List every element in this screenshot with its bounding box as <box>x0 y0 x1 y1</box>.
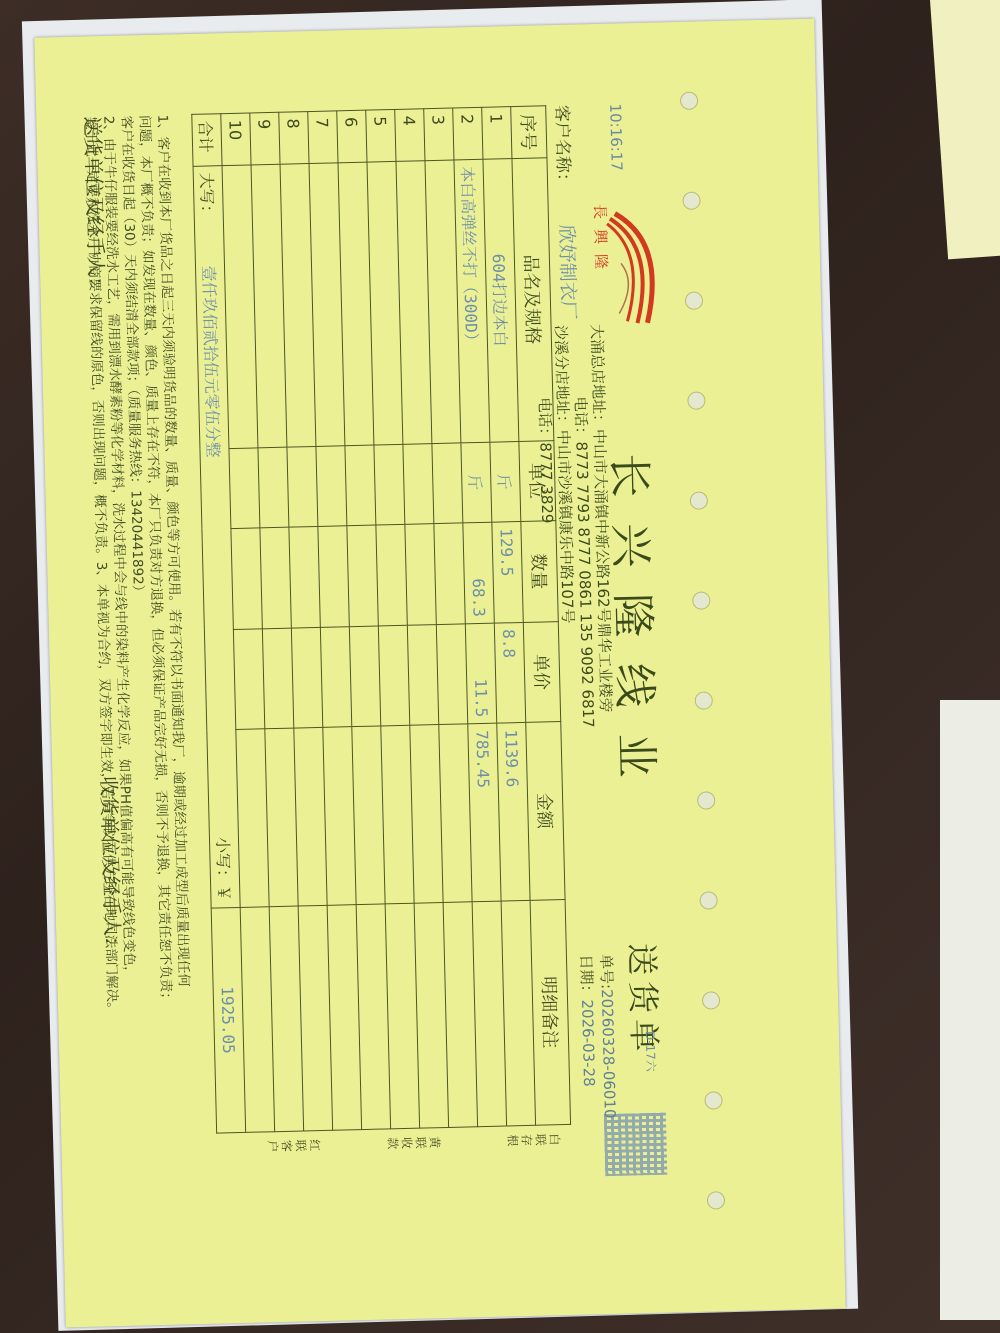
qr-code-icon <box>604 1113 667 1176</box>
row-note <box>501 900 535 1126</box>
document-date: 日期：2026-03-28 <box>576 954 600 1087</box>
row-no: 2 <box>453 107 483 160</box>
form-code: D-17六 <box>642 1031 660 1072</box>
row-price: 11.5 <box>465 623 496 724</box>
total-label: 合计 <box>192 114 222 167</box>
perforation-hole <box>692 591 710 609</box>
perforation-hole <box>690 491 708 509</box>
adjacent-paper-stack-right <box>940 700 1000 1320</box>
customer-name: 欣妤制衣厂 <box>554 224 583 320</box>
perforation-hole <box>695 691 713 709</box>
row-no: 5 <box>366 109 396 162</box>
print-time: 10:16:17 <box>606 103 626 171</box>
logo-text: 長興隆 <box>590 204 613 280</box>
row-no: 1 <box>482 107 512 160</box>
perforation-hole <box>707 1191 725 1209</box>
receiver-signature-label: 收货单位及经手人： <box>95 776 128 957</box>
items-table: 序号 品名及规格 单位 数量 单价 金额 明细备注 1604打边本白斤129.5… <box>191 105 571 1133</box>
row-unit: 斤 <box>490 441 521 522</box>
row-qty: 68.3 <box>463 522 494 624</box>
perforation-hole <box>697 791 715 809</box>
perforation-hole <box>702 991 720 1009</box>
sender-signature-label: 送货单位及经手人： <box>79 116 112 297</box>
row-no: 7 <box>308 111 338 164</box>
row-price: 8.8 <box>494 622 525 723</box>
row-unit: 斤 <box>461 442 492 523</box>
perforation-hole <box>680 92 698 110</box>
col-header-amount: 金额 <box>526 722 565 900</box>
total-upper-value: 壹仟玖佰贰拾伍元零伍分整 <box>199 265 223 457</box>
delivery-note: 長興隆 长兴隆线业 送货单 大涌总店地址：中山市大涌镇中新公路162号鼎华工业楼… <box>66 72 705 1267</box>
row-amount: 785.45 <box>468 723 501 901</box>
col-header-price: 单价 <box>523 621 560 722</box>
total-lower-value: 1925.05 <box>211 907 245 1133</box>
company-logo-icon <box>605 202 668 333</box>
row-amount: 1139.6 <box>497 723 530 901</box>
document-number: 单号:20260328-06010 <box>596 954 621 1119</box>
perforation-hole <box>704 1091 722 1109</box>
row-no: 10 <box>221 113 251 166</box>
total-upper-label: 大写： <box>197 172 217 220</box>
col-header-note: 明细备注 <box>530 899 570 1125</box>
copy-label-red: 红联客户 <box>265 1139 321 1156</box>
row-no: 6 <box>337 110 367 163</box>
row-note <box>472 901 506 1127</box>
delivery-note-paper: 長興隆 长兴隆线业 送货单 大涌总店地址：中山市大涌镇中新公路162号鼎华工业楼… <box>34 19 845 1328</box>
customer-label: 客户名称： <box>551 105 578 191</box>
col-header-item: 品名及规格 <box>512 158 554 441</box>
row-no: 4 <box>395 109 425 162</box>
copy-label-white: 白联存根 <box>505 1133 561 1150</box>
total-lower-label: 小写：￥ <box>212 837 237 902</box>
perforation-hole <box>685 291 703 309</box>
row-no: 8 <box>279 112 309 165</box>
col-header-qty: 数量 <box>521 521 558 623</box>
row-no: 3 <box>424 108 454 161</box>
perforation-hole <box>687 391 705 409</box>
perforation-hole <box>682 191 700 209</box>
row-qty: 129.5 <box>492 521 523 623</box>
copy-label-yellow: 黄联收款 <box>385 1136 441 1153</box>
col-header-unit: 单位 <box>519 440 556 521</box>
col-header-no: 序号 <box>511 106 547 159</box>
row-no: 9 <box>250 112 280 165</box>
perforation-hole <box>699 891 717 909</box>
